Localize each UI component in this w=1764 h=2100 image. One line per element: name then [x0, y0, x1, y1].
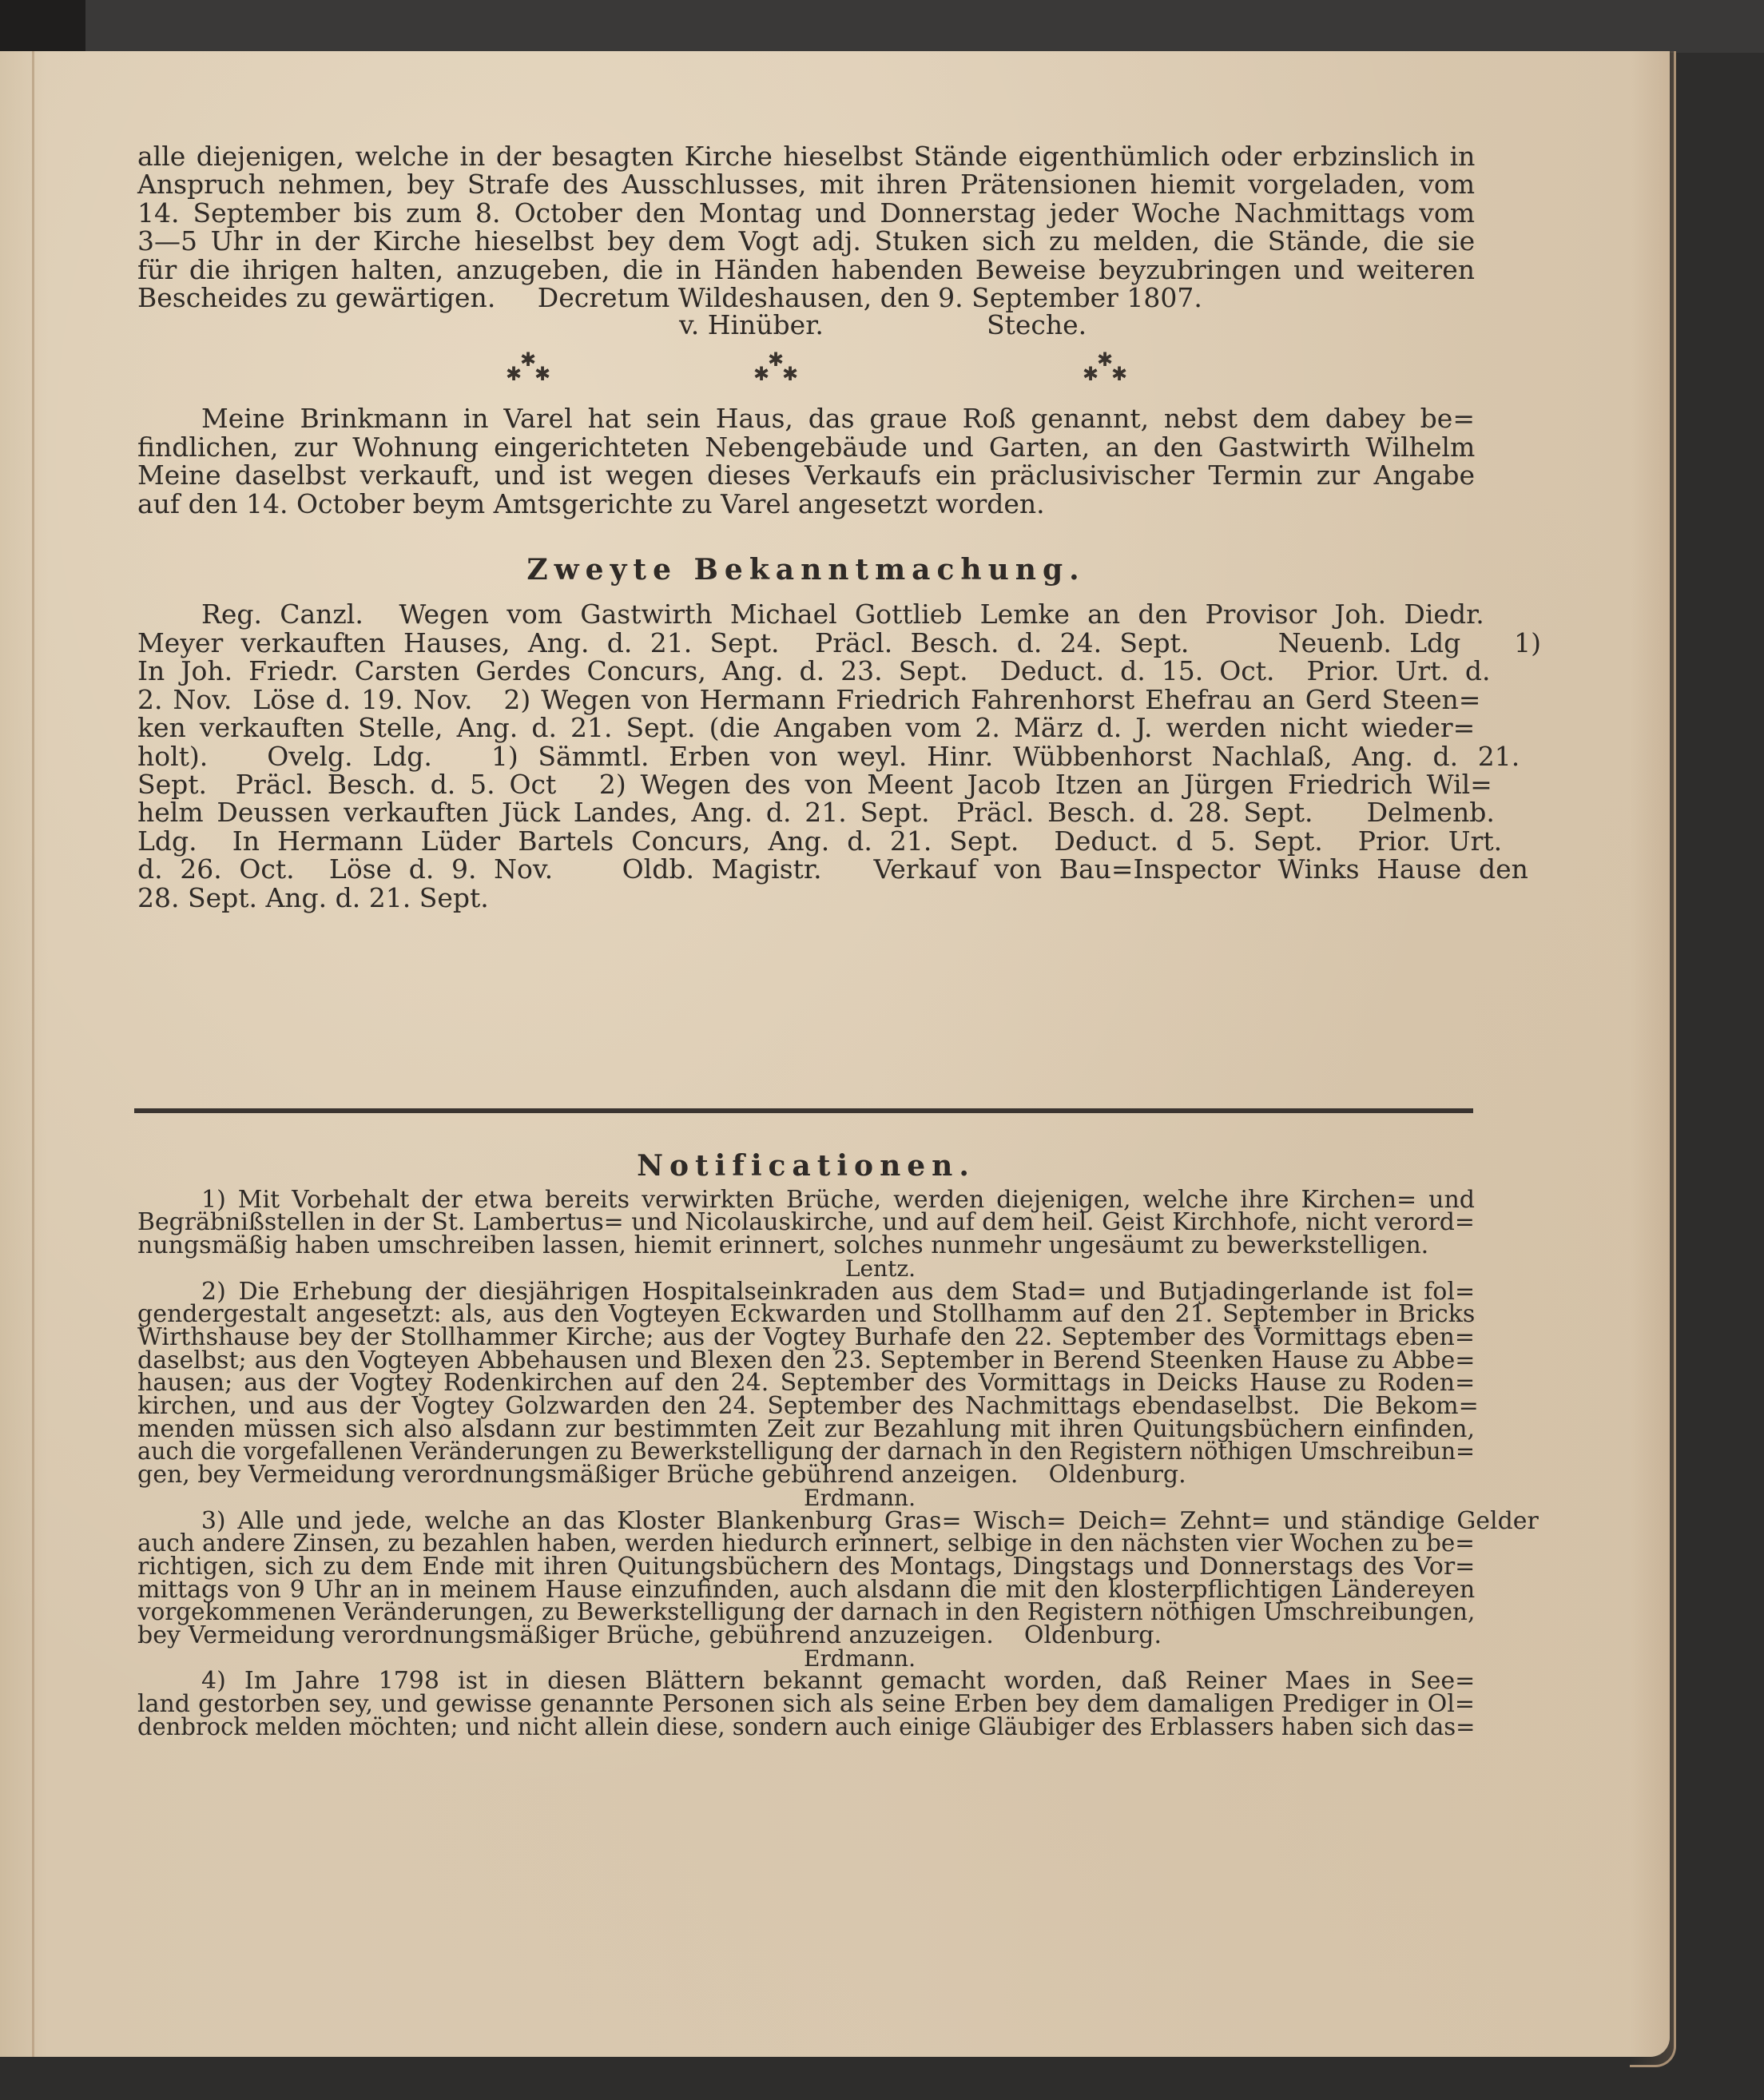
text-line: alle diejenigen, welche in der besagten …	[137, 142, 1475, 170]
text-line: 3—5 Uhr in der Kirche hieselbst bey dem …	[137, 227, 1475, 255]
text-line: Anspruch nehmen, bey Strafe des Ausschlu…	[137, 170, 1475, 198]
text-line: Meyer verkauften Hauses, Ang. d. 21. Sep…	[137, 629, 1475, 657]
notification-item-2: 2) Die Erhebung der diesjährigen Hospita…	[137, 1281, 1475, 1510]
text-line: nungsmäßig haben umschreiben lassen, hie…	[137, 1235, 1475, 1258]
text-line: Reg. Canzl. Wegen vom Gastwirth Michael …	[137, 600, 1475, 628]
signature-hinueber: v. Hinüber.	[679, 311, 824, 339]
text-line: helm Deussen verkauften Jück Landes, Ang…	[137, 798, 1475, 826]
scan-background-top	[0, 0, 1764, 53]
text-line: bey Vermeidung verordnungsmäßiger Brüche…	[137, 1625, 1475, 1648]
text-line: vorgekommenen Veränderungen, zu Bewerkst…	[137, 1601, 1475, 1625]
section-heading-zweyte-bekanntmachung: Zweyte Bekanntmachung.	[137, 556, 1475, 584]
asterism-icon: ✱✱✱	[749, 350, 805, 390]
notification-item-4: 4) Im Jahre 1798 ist in diesen Blättern …	[137, 1670, 1475, 1739]
text-line: auch die vorgefallenen Veränderungen zu …	[137, 1441, 1475, 1464]
notifications-block: Notificationen. 1) Mit Vorbehalt der etw…	[137, 1155, 1475, 1740]
sale-notice-paragraph: Meine Brinkmann in Varel hat sein Haus, …	[137, 404, 1475, 518]
section-heading-notificationen: Notificationen.	[137, 1155, 1475, 1178]
text-line: denbrock melden möchten; und nicht allei…	[137, 1716, 1475, 1740]
text-line: Ldg. In Hermann Lüder Bartels Concurs, A…	[137, 827, 1475, 855]
text-line: für die ihrigen halten, anzugeben, die i…	[137, 256, 1475, 284]
text-line: Meine Brinkmann in Varel hat sein Haus, …	[137, 404, 1475, 432]
signature-steche: Steche.	[987, 311, 1087, 339]
text-line: findlichen, zur Wohnung eingerichteten N…	[137, 433, 1475, 461]
asterism-icon: ✱✱✱	[501, 350, 557, 390]
text-line: Begräbnißstellen in der St. Lambertus= u…	[137, 1211, 1475, 1235]
text-line: 2. Nov. Löse d. 19. Nov. 2) Wegen von He…	[137, 686, 1475, 714]
text-line: 28. Sept. Ang. d. 21. Sept.	[137, 884, 1475, 912]
text-line: Sept. Präcl. Besch. d. 5. Oct 2) Wegen d…	[137, 770, 1475, 798]
decree-paragraph: alle diejenigen, welche in der besagten …	[137, 142, 1475, 312]
text-line: Bescheides zu gewärtigen. Decretum Wilde…	[137, 284, 1475, 312]
asterism-divider: ✱✱✱ ✱✱✱ ✱✱✱	[137, 340, 1475, 404]
text-line: gen, bey Vermeidung verordnungsmäßiger B…	[137, 1464, 1475, 1487]
binding-fold	[32, 51, 34, 2057]
text-line: auf den 14. October beym Amtsgerichte zu…	[137, 490, 1475, 518]
text-line: 14. September bis zum 8. October den Mon…	[137, 199, 1475, 227]
text-line: auch andere Zinsen, zu bezahlen haben, w…	[137, 1533, 1475, 1556]
section-divider-rule	[134, 1108, 1473, 1113]
text-line: holt). Ovelg. Ldg. 1) Sämmtl. Erben von …	[137, 742, 1475, 770]
asterism-icon: ✱✱✱	[1078, 350, 1134, 390]
text-line: ken verkauften Stelle, Ang. d. 21. Sept.…	[137, 714, 1475, 742]
second-announcement-paragraph: Reg. Canzl. Wegen vom Gastwirth Michael …	[137, 600, 1475, 911]
decree-signatures: v. Hinüber. Steche.	[137, 311, 1475, 340]
page-text: alle diejenigen, welche in der besagten …	[137, 142, 1475, 912]
scan-background-grey	[85, 0, 1764, 53]
text-line: Meine daselbst verkauft, und ist wegen d…	[137, 461, 1475, 489]
text-line: In Joh. Friedr. Carsten Gerdes Concurs, …	[137, 657, 1475, 685]
notification-item-1: 1) Mit Vorbehalt der etwa bereits verwir…	[137, 1189, 1475, 1281]
notification-item-3: 3) Alle und jede, welche an das Kloster …	[137, 1510, 1475, 1671]
text-line: d. 26. Oct. Löse d. 9. Nov. Oldb. Magist…	[137, 855, 1475, 883]
page-edge-stack	[1630, 51, 1676, 2067]
